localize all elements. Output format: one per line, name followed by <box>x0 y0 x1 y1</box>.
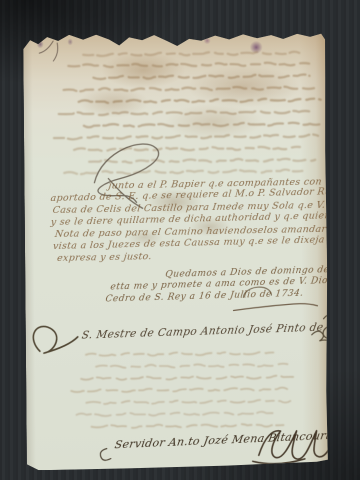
addressee-initial-flourish <box>33 326 78 353</box>
bleed-handwriting-stroke <box>93 74 309 79</box>
handwriting-line: expresa y es justo. <box>56 251 152 264</box>
bleed-handwriting-stroke <box>96 364 290 369</box>
bleed-handwriting-stroke <box>89 158 315 163</box>
date-underline-flourish <box>233 304 317 311</box>
bleed-handwriting-stroke <box>86 400 290 405</box>
bleed-handwriting-stroke <box>92 424 284 429</box>
bleed-handwriting-stroke <box>81 375 297 380</box>
bleed-handwriting-stroke <box>86 352 278 357</box>
bleed-handwriting-stroke <box>83 51 299 56</box>
bleed-handwriting-stroke <box>74 146 304 151</box>
bleed-handwriting-stroke <box>64 86 316 91</box>
edge-crack-marks <box>39 41 58 61</box>
manuscript-page: junto a el P. Bapier q.e acompañantes co… <box>23 31 329 471</box>
scan-background: junto a el P. Bapier q.e acompañantes co… <box>0 0 360 480</box>
bleed-handwriting-stroke <box>68 62 310 67</box>
signature-lead-flourish <box>100 449 111 461</box>
bleed-ink-bottom <box>71 351 298 428</box>
bleed-handwriting-stroke <box>71 388 287 393</box>
bleed-handwriting-stroke <box>79 98 321 103</box>
bleed-ink-top <box>53 51 322 174</box>
bleed-handwriting-stroke <box>76 412 278 417</box>
bleed-handwriting-stroke <box>54 134 318 139</box>
bleed-handwriting-stroke <box>59 110 311 115</box>
bleed-handwriting-stroke <box>84 122 322 127</box>
